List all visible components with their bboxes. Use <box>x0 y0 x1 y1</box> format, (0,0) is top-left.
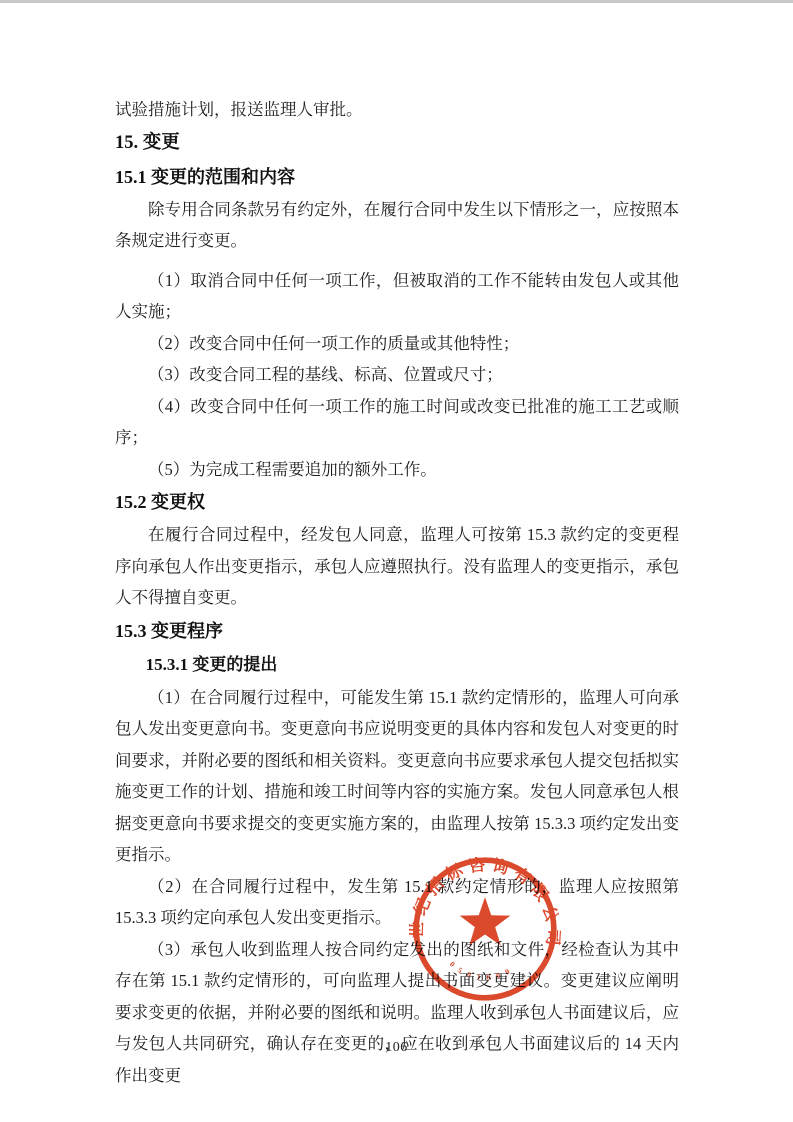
paragraph-scope: 除专用合同条款另有约定外，在履行合同中发生以下情形之一，应按照本条规定进行变更。 <box>115 194 679 257</box>
page-number: 106 <box>0 1040 793 1056</box>
page-top-edge <box>0 0 793 3</box>
paragraph-proposal-1: （1）在合同履行过程中，可能发生第 15.1 款约定情形的，监理人可向承包人发出… <box>115 682 679 871</box>
section-heading-15-2: 15.2 变更权 <box>115 485 679 519</box>
document-content: 试验措施计划，报送监理人审批。 15. 变更 15.1 变更的范围和内容 除专用… <box>115 94 679 1091</box>
paragraph-change-right: 在履行合同过程中，经发包人同意，监理人可按第 15.3 款约定的变更程序向承包人… <box>115 519 679 614</box>
list-item-4: （4）改变合同中任何一项工作的施工时间或改变已批准的施工工艺或顺序； <box>115 391 679 454</box>
subsection-heading-15-3-1: 15.3.1 变更的提出 <box>115 648 679 682</box>
list-item-2: （2）改变合同中任何一项工作的质量或其他特性； <box>115 328 679 360</box>
paragraph-proposal-2: （2）在合同履行过程中，发生第 15.1 款约定情形的，监理人应按照第 15.3… <box>115 871 679 934</box>
list-item-5: （5）为完成工程需要追加的额外工作。 <box>115 454 679 486</box>
document-page: 试验措施计划，报送监理人审批。 15. 变更 15.1 变更的范围和内容 除专用… <box>0 0 793 1122</box>
chapter-heading-15: 15. 变更 <box>115 126 679 160</box>
section-heading-15-1: 15.1 变更的范围和内容 <box>115 160 679 194</box>
intro-paragraph: 试验措施计划，报送监理人审批。 <box>115 94 679 126</box>
section-heading-15-3: 15.3 变更程序 <box>115 614 679 648</box>
list-item-1: （1）取消合同中任何一项工作，但被取消的工作不能转由发包人或其他人实施； <box>115 265 679 328</box>
paragraph-proposal-3: （3）承包人收到监理人按合同约定发出的图纸和文件，经检查认为其中存在第 15.1… <box>115 934 679 1092</box>
list-item-3: （3）改变合同工程的基线、标高、位置或尺寸； <box>115 359 679 391</box>
